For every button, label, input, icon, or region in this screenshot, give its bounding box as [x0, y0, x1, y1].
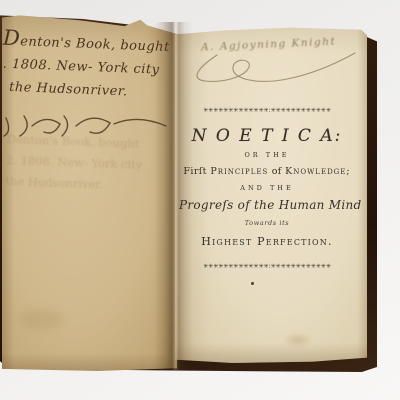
subtitle-progress: Progreſs of the Human Mind	[179, 198, 355, 212]
subtitle-word-of: of	[272, 166, 282, 177]
subtitle-and-the: AND THE	[179, 184, 355, 192]
subtitle-word-first: Firſt	[183, 166, 207, 177]
left-page: Denton's Book, bought 2. 1808. New- York…	[2, 14, 177, 371]
subtitle-word-principles: Principles	[210, 166, 268, 177]
subtitle-or-the: OR THE	[179, 151, 355, 159]
ornament-row-bottom: ✳✳✳✳✳✳✳✳✳✳✳✳✳:✳✳✳✳✳✳✳✳✳✳✳✳	[179, 263, 355, 270]
subtitle-towards: Towards its	[179, 219, 355, 227]
page-stain	[20, 309, 64, 329]
subtitle-first-principles: Firſt Principles of Knowledge;	[179, 166, 355, 177]
ink-offset-ghost: Denton's Book, bought 2. 1808. New- York…	[0, 129, 189, 199]
book-photograph: Denton's Book, bought 2. 1808. New- York…	[0, 0, 400, 400]
subtitle-word-perfection: Perfection.	[257, 235, 333, 248]
ink-speck	[251, 282, 254, 285]
page-stain	[283, 333, 313, 347]
book-title: N O E T I C A:	[179, 126, 355, 146]
title-page: A. Agjoyning Knight ✳✳✳✳✳✳✳✳✳✳✳✳✳:✳✳✳✳✳✳…	[175, 27, 367, 363]
title-block: ✳✳✳✳✳✳✳✳✳✳✳✳✳:✳✳✳✳✳✳✳✳✳✳✳✳ N O E T I C A…	[179, 107, 355, 270]
ornament-row-top: ✳✳✳✳✳✳✳✳✳✳✳✳✳:✳✳✳✳✳✳✳✳✳✳✳✳	[179, 107, 355, 114]
signature-flourish-icon	[187, 49, 359, 91]
subtitle-highest-perfection: Highest Perfection.	[179, 235, 355, 248]
subtitle-word-highest: Highest	[201, 235, 252, 248]
subtitle-word-knowledge: Knowledge;	[285, 166, 350, 177]
ownership-inscription: Denton's Book, bought 2. 1808. New- York…	[0, 26, 187, 105]
